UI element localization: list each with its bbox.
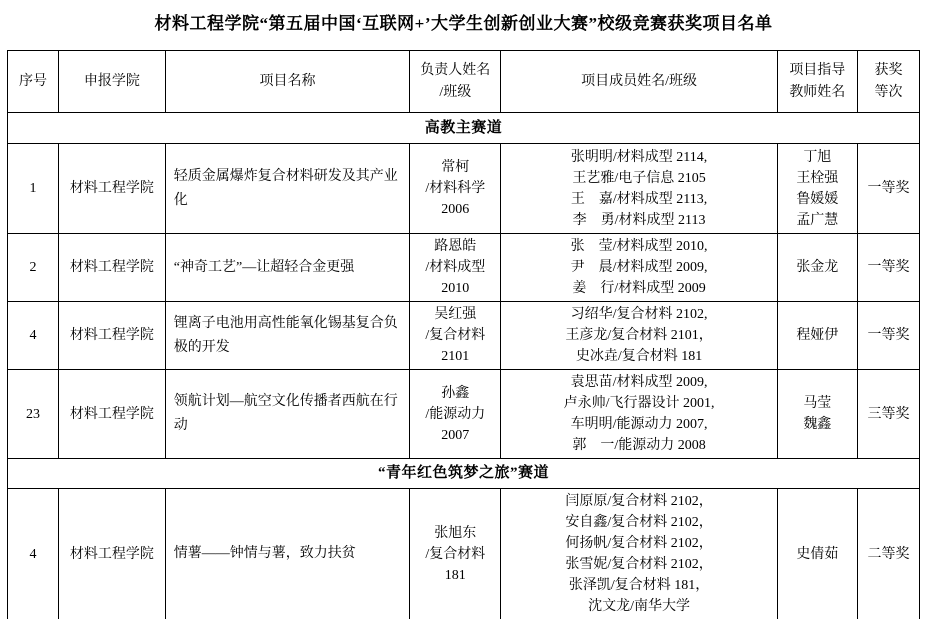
column-header-college: 申报学院 xyxy=(59,51,166,113)
cell-college: 材料工程学院 xyxy=(59,144,166,234)
cell-leader: 吴红强 /复合材料 2101 xyxy=(410,302,501,370)
table-row: 23 材料工程学院 领航计划—航空文化传播者西航在行动 孙鑫 /能源动力 200… xyxy=(8,370,920,459)
section-header-row-red-journey-track: “青年红色筑梦之旅”赛道 xyxy=(8,459,920,489)
cell-members: 张 莹/材料成型 2010, 尹 晨/材料成型 2009, 姜 行/材料成型 2… xyxy=(501,234,777,302)
cell-leader: 路恩皓 /材料成型 2010 xyxy=(410,234,501,302)
cell-members: 袁思苗/材料成型 2009, 卢永帅/飞行器设计 2001, 车明明/能源动力 … xyxy=(501,370,777,459)
table-header-row: 序号 申报学院 项目名称 负责人姓名 /班级 项目成员姓名/班级 项目指导 教师… xyxy=(8,51,920,113)
cell-project: 领航计划—航空文化传播者西航在行动 xyxy=(165,370,409,459)
cell-teachers: 程娅伊 xyxy=(777,302,857,370)
cell-leader: 张旭东 /复合材料 181 xyxy=(410,489,501,619)
cell-leader: 常柯 /材料科学 2006 xyxy=(410,144,501,234)
cell-teachers: 张金龙 xyxy=(777,234,857,302)
cell-award: 三等奖 xyxy=(857,370,919,459)
cell-members: 习绍华/复合材料 2102, 王彦龙/复合材料 2101， 史冰垚/复合材料 1… xyxy=(501,302,777,370)
cell-project: 锂离子电池用高性能氧化锡基复合负极的开发 xyxy=(165,302,409,370)
section-label: 高教主赛道 xyxy=(8,113,920,144)
cell-project: 情薯——钟情与薯，致力扶贫 xyxy=(165,489,409,619)
cell-college: 材料工程学院 xyxy=(59,302,166,370)
column-header-no: 序号 xyxy=(8,51,59,113)
table-row: 4 材料工程学院 锂离子电池用高性能氧化锡基复合负极的开发 吴红强 /复合材料 … xyxy=(8,302,920,370)
column-header-leader: 负责人姓名 /班级 xyxy=(410,51,501,113)
cell-college: 材料工程学院 xyxy=(59,234,166,302)
cell-no: 4 xyxy=(8,302,59,370)
document-page: 材料工程学院“第五届中国‘互联网+’大学生创新创业大赛”校级竞赛获奖项目名单 序… xyxy=(0,0,927,619)
cell-project: 轻质金属爆炸复合材料研发及其产业化 xyxy=(165,144,409,234)
column-header-members: 项目成员姓名/班级 xyxy=(501,51,777,113)
cell-no: 23 xyxy=(8,370,59,459)
table-row: 1 材料工程学院 轻质金属爆炸复合材料研发及其产业化 常柯 /材料科学 2006… xyxy=(8,144,920,234)
table-row: 4 材料工程学院 情薯——钟情与薯，致力扶贫 张旭东 /复合材料 181 闫原原… xyxy=(8,489,920,619)
section-label: “青年红色筑梦之旅”赛道 xyxy=(8,459,920,489)
cell-members: 张明明/材料成型 2114, 王艺雅/电子信息 2105 王 嘉/材料成型 21… xyxy=(501,144,777,234)
column-header-teachers: 项目指导 教师姓名 xyxy=(777,51,857,113)
cell-award: 一等奖 xyxy=(857,234,919,302)
cell-members: 闫原原/复合材料 2102， 安自鑫/复合材料 2102， 何扬帆/复合材料 2… xyxy=(501,489,777,619)
cell-project: “神奇工艺”—让超轻合金更强 xyxy=(165,234,409,302)
cell-teachers: 丁旭 王栓强 鲁媛媛 孟广慧 xyxy=(777,144,857,234)
cell-no: 1 xyxy=(8,144,59,234)
cell-college: 材料工程学院 xyxy=(59,489,166,619)
cell-award: 二等奖 xyxy=(857,489,919,619)
column-header-award: 获奖 等次 xyxy=(857,51,919,113)
cell-no: 2 xyxy=(8,234,59,302)
cell-award: 一等奖 xyxy=(857,144,919,234)
section-header-row-main-track: 高教主赛道 xyxy=(8,113,920,144)
cell-award: 一等奖 xyxy=(857,302,919,370)
cell-college: 材料工程学院 xyxy=(59,370,166,459)
column-header-project: 项目名称 xyxy=(165,51,409,113)
awards-table: 序号 申报学院 项目名称 负责人姓名 /班级 项目成员姓名/班级 项目指导 教师… xyxy=(7,50,920,619)
cell-leader: 孙鑫 /能源动力 2007 xyxy=(410,370,501,459)
cell-teachers: 马莹 魏鑫 xyxy=(777,370,857,459)
cell-teachers: 史倩茹 xyxy=(777,489,857,619)
cell-no: 4 xyxy=(8,489,59,619)
table-row: 2 材料工程学院 “神奇工艺”—让超轻合金更强 路恩皓 /材料成型 2010 张… xyxy=(8,234,920,302)
document-title: 材料工程学院“第五届中国‘互联网+’大学生创新创业大赛”校级竞赛获奖项目名单 xyxy=(0,0,927,34)
